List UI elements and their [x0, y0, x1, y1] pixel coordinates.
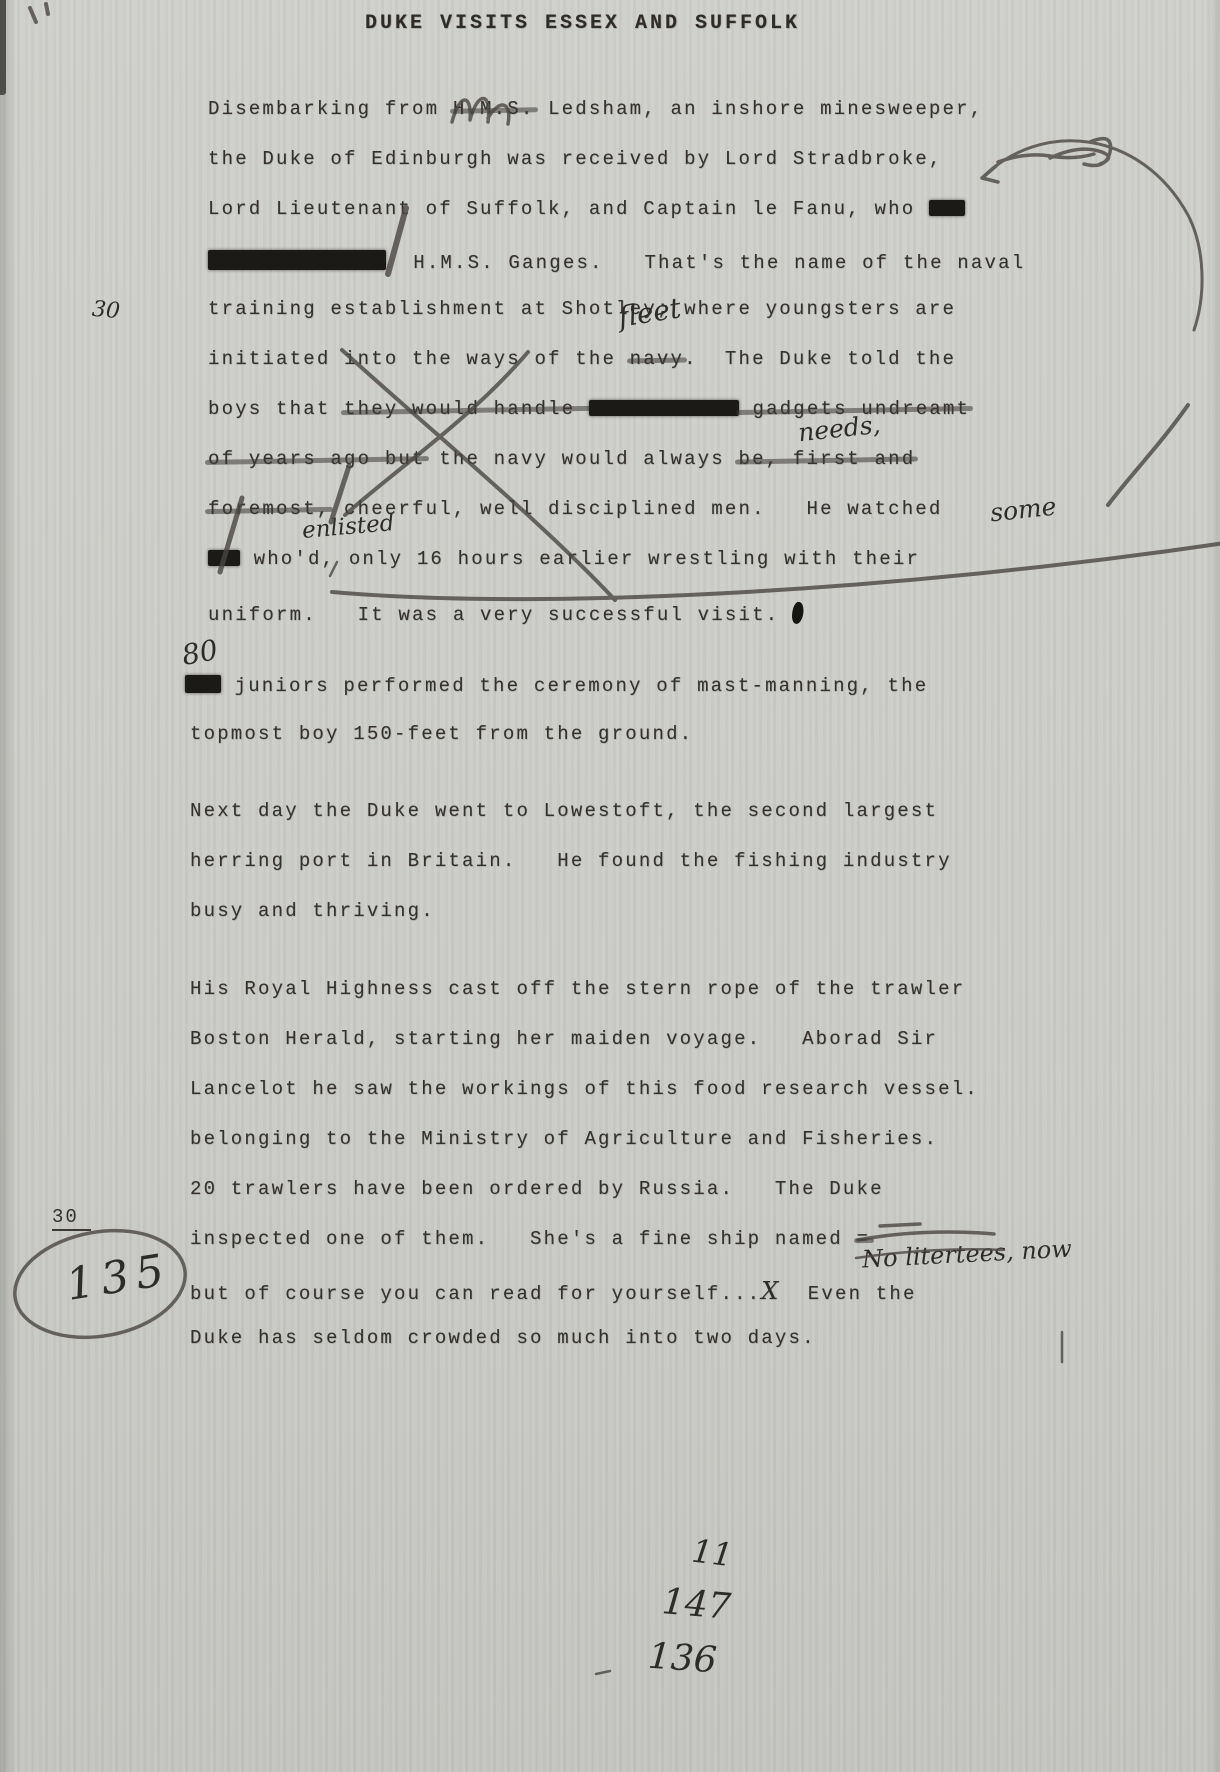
- struck-text: they would handle: [344, 398, 589, 420]
- typed-text: juniors performed the ceremony of mast-m…: [221, 675, 928, 697]
- typed-line: Lancelot he saw the workings of this foo…: [190, 1078, 979, 1100]
- named-strike: [858, 1224, 994, 1240]
- typed-line: Duke has seldom crowded so much into two…: [190, 1327, 816, 1349]
- handwritten-no-liberties-annotation: No litertees, now: [861, 1235, 1072, 1274]
- typed-text: initiated into the ways of the: [208, 348, 630, 370]
- typed-text: cheerful, well disciplined men. He watch…: [330, 498, 942, 520]
- typed-text: H.M.S. Ganges. That's the name of the na…: [413, 252, 1025, 274]
- typed-text: herring port in Britain. He found the fi…: [190, 850, 952, 872]
- typed-text: who'd, only 16 hours earlier wrestling w…: [240, 548, 920, 570]
- typed-text: 20 trawlers have been ordered by Russia.…: [190, 1178, 884, 1200]
- typed-line: of years ago but the navy would always b…: [208, 448, 915, 470]
- handwritten-margin-thirty: 30: [91, 297, 121, 324]
- typed-line: training establishment at Shotley; where…: [208, 298, 956, 320]
- scan-edge-artifact: [0, 0, 6, 95]
- typed-text: Boston Herald, starting her maiden voyag…: [190, 1028, 938, 1050]
- typed-text: Next day the Duke went to Lowestoft, the…: [190, 800, 938, 822]
- typed-text: the Duke of Edinburgh was received by Lo…: [208, 148, 943, 170]
- handwritten-count-147: 147: [660, 1581, 732, 1628]
- typed-text: Duke has seldom crowded so much into two…: [190, 1327, 816, 1349]
- typed-line: the Duke of Edinburgh was received by Lo…: [208, 148, 943, 170]
- typed-text: topmost boy 150-feet from the ground.: [190, 723, 693, 745]
- typed-line: Next day the Duke went to Lowestoft, the…: [190, 800, 938, 822]
- redacted-text: [208, 250, 386, 270]
- handwritten-cross-mark: X: [761, 1277, 780, 1305]
- typed-line: Disembarking from H.M.S. Ledsham, an ins…: [208, 98, 983, 120]
- typed-line: busy and thriving.: [190, 900, 435, 922]
- handwritten-count-136: 136: [647, 1636, 718, 1682]
- typed-margin-thirty: 30: [52, 1206, 91, 1231]
- typed-line: but of course you can read for yourself.…: [190, 1277, 917, 1305]
- typed-text: uniform. It was a very successful visit.: [208, 604, 779, 626]
- typed-line: who'd, only 16 hours earlier wrestling w…: [208, 548, 920, 570]
- redacted-text: [208, 550, 240, 566]
- margin-arc-arrowhead: [982, 166, 998, 182]
- typed-text: busy and thriving.: [190, 900, 435, 922]
- handwritten-eighty-annotation: 80: [179, 633, 220, 672]
- typed-text: Disembarking from: [208, 98, 453, 120]
- handwritten-count-11: 11: [690, 1532, 735, 1575]
- handwritten-some-annotation: some: [989, 492, 1058, 528]
- redacted-text: [185, 675, 221, 693]
- typed-text: . The Duke told the: [684, 348, 956, 370]
- typed-text: Lord Lieutenant of Suffolk, and Captain …: [208, 198, 929, 220]
- struck-text: be, first and: [738, 448, 915, 470]
- scanned-typescript-page: { "colors": { "paper": "#cbcbc7", "ink":…: [0, 0, 1220, 1772]
- typed-line: herring port in Britain. He found the fi…: [190, 850, 952, 872]
- typed-line: His Royal Highness cast off the stern ro…: [190, 978, 965, 1000]
- overwritten-text: H.M.S.: [453, 98, 535, 120]
- typed-text: Ledsham, an inshore minesweeper,: [534, 98, 983, 120]
- stradbroke-scrawl: [998, 149, 1109, 164]
- stradbroke-scrawl-loop: [1084, 139, 1111, 166]
- typed-line: juniors performed the ceremony of mast-m…: [185, 673, 928, 697]
- typed-text: Lancelot he saw the workings of this foo…: [190, 1078, 979, 1100]
- typed-text: the navy would always: [426, 448, 739, 470]
- typed-line: belonging to the Ministry of Agriculture…: [190, 1128, 938, 1150]
- typed-line: 20 trawlers have been ordered by Russia.…: [190, 1178, 884, 1200]
- typed-text: Even the: [781, 1283, 917, 1305]
- struck-text: of years ago but: [208, 448, 426, 470]
- struck-text: navy: [630, 348, 684, 370]
- typed-text: belonging to the Ministry of Agriculture…: [190, 1128, 938, 1150]
- typed-text: training establishment at Shotley; where…: [208, 298, 956, 320]
- typed-line: initiated into the ways of the navy. The…: [208, 348, 956, 370]
- page-title: DUKE VISITS ESSEX AND SUFFOLK: [365, 12, 800, 35]
- cross-out-stroke: [345, 352, 528, 515]
- typed-text: but of course you can read for yourself.…: [190, 1283, 761, 1305]
- edge-tick: [596, 1671, 610, 1674]
- redacted-text: [929, 200, 965, 216]
- typed-line: Lord Lieutenant of Suffolk, and Captain …: [208, 198, 965, 220]
- typed-line: Boston Herald, starting her maiden voyag…: [190, 1028, 938, 1050]
- ink-blot: [791, 601, 806, 625]
- typed-text: His Royal Highness cast off the stern ro…: [190, 978, 965, 1000]
- typed-line: topmost boy 150-feet from the ground.: [190, 723, 693, 745]
- corner-speck: [30, 4, 48, 22]
- cross-out-stroke: [1108, 405, 1188, 505]
- typed-text: boys that: [208, 398, 344, 420]
- handwritten-circled-135: 135: [63, 1244, 175, 1311]
- typed-line: H.M.S. Ganges. That's the name of the na…: [208, 248, 1025, 274]
- redacted-text: [589, 400, 739, 416]
- margin-arc: [982, 141, 1202, 330]
- typed-text: inspected one of them. She's a fine ship…: [190, 1228, 857, 1250]
- typed-line: uniform. It was a very successful visit.: [208, 598, 804, 626]
- typed-line: inspected one of them. She's a fine ship…: [190, 1228, 870, 1250]
